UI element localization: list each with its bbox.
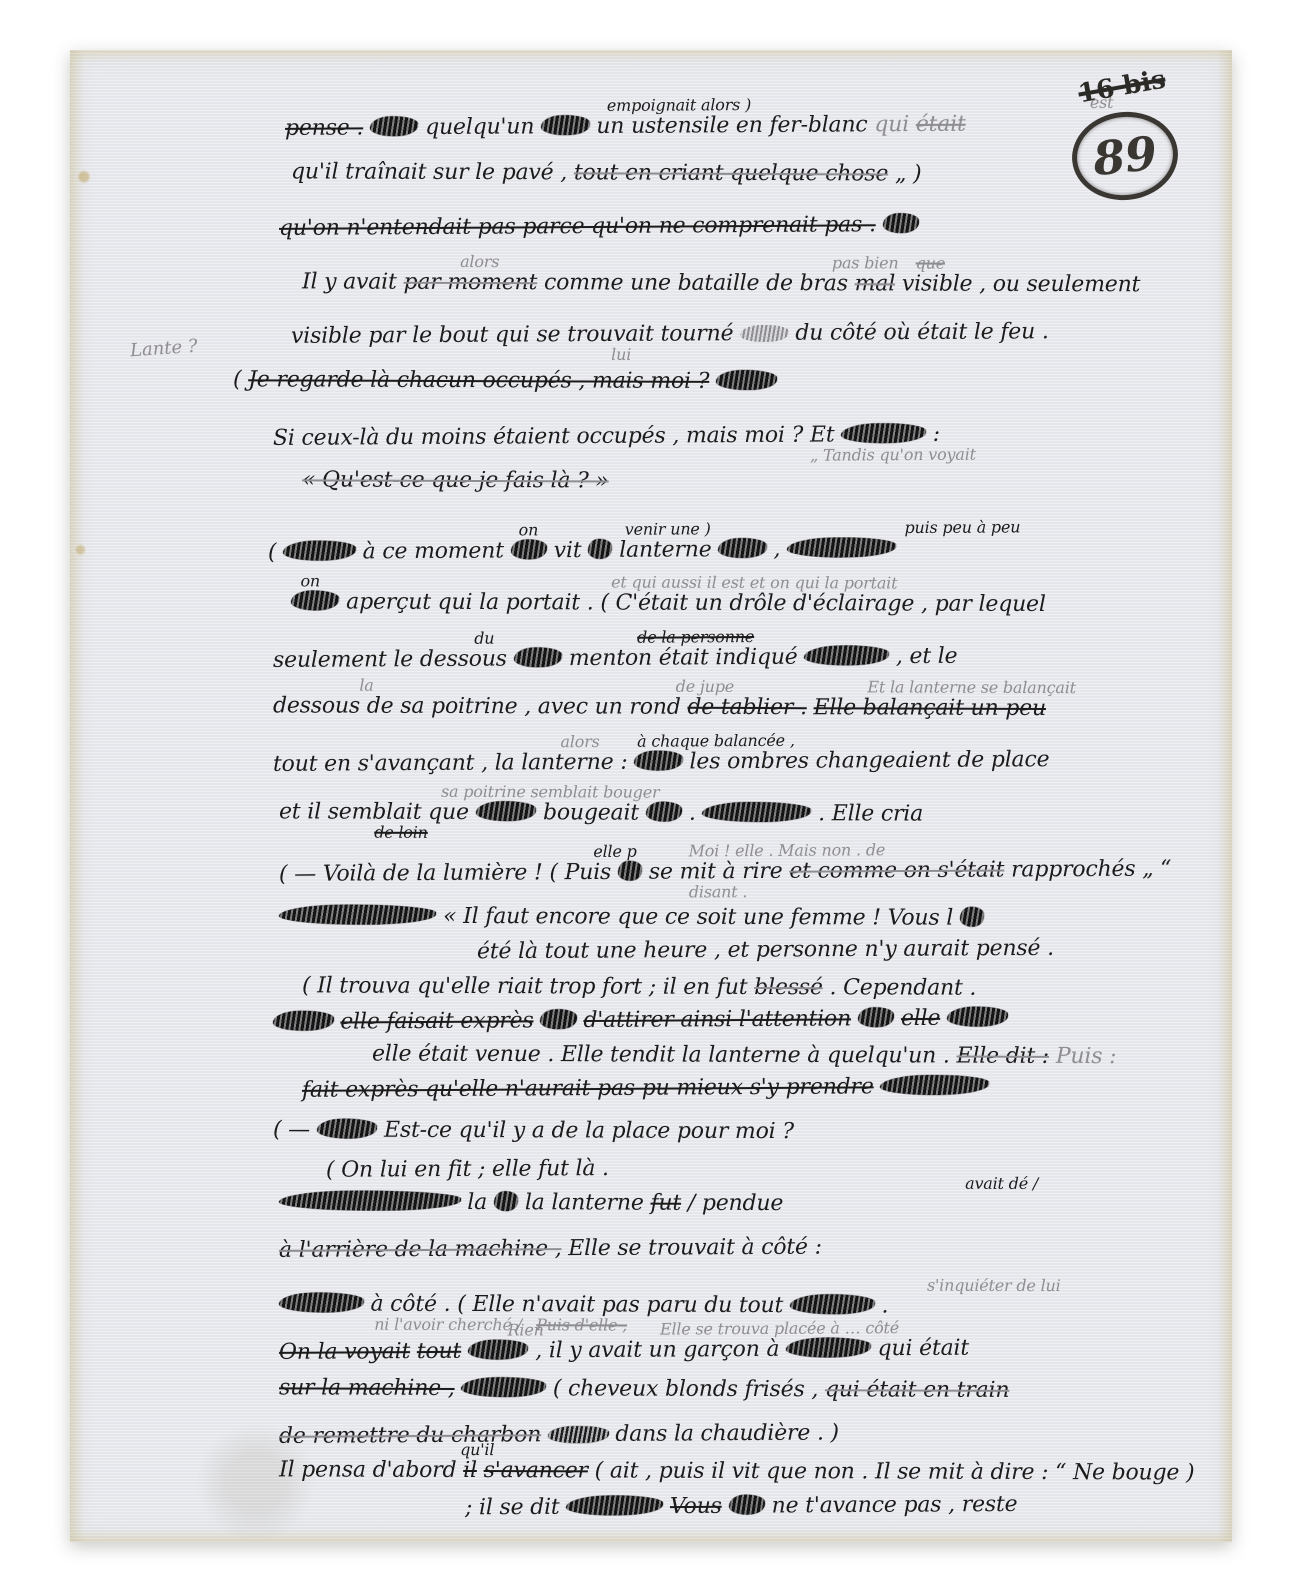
text-run: ; il se dit	[465, 1495, 560, 1521]
text-run: par moment	[404, 270, 538, 295]
interline-note-below: lui	[611, 346, 631, 362]
manuscript-page: Lante ? 16 bis 89 empoignait alors )estp…	[70, 50, 1232, 1542]
text-run: Il y avait	[302, 269, 397, 294]
scribbled-out-text	[787, 538, 896, 558]
text-run: à ce moment	[362, 539, 503, 565]
text-run: de remettre du charbon	[279, 1422, 541, 1449]
scribbled-out-text	[541, 115, 590, 135]
text-run: sur la machine ,	[279, 1375, 455, 1401]
scribbled-out-text	[279, 1293, 364, 1313]
text-run: . Elle cria	[818, 801, 923, 826]
interline-note-above: alors	[561, 734, 600, 750]
scribbled-out-text	[468, 1340, 529, 1360]
interline-note-above: et qui aussi il est et on qui la portait	[611, 575, 897, 592]
manuscript-line: „ Tandis qu'on voyaitSi ceux-là du moins…	[273, 419, 1232, 453]
text-run: „ )	[895, 161, 921, 186]
text-run: quelqu'un	[425, 114, 534, 140]
text-run: ( On lui en fit ; elle fut là .	[326, 1156, 609, 1183]
text-run: comme une bataille de bras	[544, 270, 848, 296]
scribbled-out-text	[541, 1009, 577, 1029]
scribbled-out-text	[514, 648, 563, 668]
interline-note-above: Elle se trouva placée à … côté	[660, 1320, 899, 1337]
interline-note-above: du	[474, 631, 494, 647]
manuscript-line: ( On lui en fit ; elle fut là .	[326, 1151, 1232, 1185]
manuscript-lines: empoignait alors )estpense . quelqu'un u…	[70, 50, 1232, 1520]
text-run: (	[233, 367, 241, 392]
text-run: ( C'était un drôle d'éclairage , par leq…	[600, 590, 1045, 617]
scribbled-out-text	[703, 802, 812, 822]
scribbled-out-text	[716, 370, 777, 390]
scribbled-out-text	[881, 1075, 990, 1095]
scribbled-out-text	[370, 116, 419, 136]
text-run: tout en criant quelque chose	[574, 160, 888, 186]
scribbled-out-text	[883, 213, 919, 233]
text-run: Puis :	[1056, 1044, 1117, 1069]
text-run: les ombres changeaient de place	[690, 747, 1050, 774]
text-run: dans la chaudière . )	[615, 1420, 839, 1446]
manuscript-line: alorsà chaque balancée ,tout en s'avança…	[273, 745, 1232, 779]
interline-note-above: qu'il	[460, 1442, 494, 1458]
text-run: Si ceux-là du moins étaient occupés , ma…	[273, 422, 835, 450]
scribbled-out-text	[718, 538, 767, 558]
interline-note-above: est	[1090, 95, 1114, 111]
text-run: ( — Voilà de la lumière !	[279, 860, 543, 887]
scribbled-out-text	[842, 423, 927, 443]
manuscript-line: ; il se dit Vous ne t'avance pas , reste	[465, 1490, 1232, 1523]
scribbled-out-text	[588, 539, 612, 559]
text-run: , et le	[896, 644, 958, 669]
interline-note-above: la	[360, 678, 374, 694]
text-run: était	[916, 112, 966, 137]
text-run: vit	[553, 538, 581, 563]
text-run: qui	[874, 112, 909, 137]
text-run: qu'on n'entendait pas parce qu'on ne com…	[279, 212, 876, 241]
text-run: d'attirer ainsi l'attention	[584, 1006, 852, 1033]
manuscript-line: s'inquiéter de luini l'avoir cherché /Pu…	[279, 1290, 1232, 1321]
text-run: tourné	[660, 321, 733, 346]
text-run: ( Il trouva qu'elle riait trop fort ; il…	[302, 973, 747, 1000]
manuscript-line: empoignait alors )estpense . quelqu'un u…	[285, 109, 1232, 143]
text-run: et comme on s'était	[789, 857, 1004, 883]
text-run: été là tout une heure , et personne n'y …	[477, 936, 1054, 965]
interline-note-above: que	[916, 256, 945, 272]
interline-note-above: sa poitrine semblait bouger	[441, 784, 659, 801]
interline-note-above: de jupe	[676, 679, 734, 695]
scribbled-out-text	[805, 646, 890, 666]
text-run: ne t'avance pas , reste	[772, 1492, 1018, 1519]
interline-note-above: alors	[460, 254, 499, 270]
scribbled-out-text	[566, 1496, 663, 1516]
interline-note-above: Et la lanterne se balançait	[868, 680, 1077, 697]
scribbled-out-text	[729, 1495, 765, 1515]
interline-note-below: ni l'avoir cherché /	[374, 1316, 522, 1333]
text-run: Je regarde là chacun occupés , mais moi …	[248, 367, 709, 394]
text-run: pense .	[285, 115, 363, 140]
text-run: qui était en train	[825, 1377, 1009, 1403]
text-run: fait exprès qu'elle n'aurait pas pu mieu…	[302, 1074, 874, 1102]
scribbled-out-text	[635, 751, 684, 771]
text-run: :	[933, 422, 940, 447]
text-run: aperçut qui la portait .	[346, 590, 593, 616]
interline-note-above: puis peu à peu	[904, 520, 1020, 537]
interline-note-below: disant .	[689, 884, 748, 900]
scribbled-out-text	[283, 541, 356, 561]
manuscript-line: qu'il traînait sur le pavé , tout en cri…	[291, 158, 1232, 189]
manuscript-line: « Qu'est-ce que je fais là ? »	[302, 466, 1232, 497]
interline-note-below: de loin	[374, 824, 428, 840]
interline-note-above: on	[300, 574, 320, 590]
scribbled-out-text	[947, 1007, 1008, 1027]
text-run: (	[267, 540, 276, 565]
text-run: dessous de sa poitrine , avec un rond	[273, 693, 681, 719]
manuscript-line: lade jupeEt la lanterne se balançaitdess…	[273, 692, 1232, 723]
text-run: tout	[417, 1339, 461, 1364]
manuscript-line: alorspas bienqueIl y avait par moment co…	[302, 268, 1232, 299]
manuscript-line: onet qui aussi il est et on qui la porta…	[291, 588, 1232, 619]
text-run: tout en s'avançant , la lanterne :	[273, 750, 628, 777]
text-run: fut	[651, 1191, 682, 1216]
manuscript-line: ( Je regarde là chacun occupés , mais mo…	[233, 366, 1232, 397]
text-run: qu'il traînait sur le pavé ,	[291, 159, 567, 185]
text-run: rapprochés „ “	[1011, 856, 1171, 882]
scribbled-out-text	[548, 1425, 609, 1443]
text-run: Elle balançait un peu	[814, 695, 1046, 721]
text-run: de tablier .	[688, 695, 807, 720]
manuscript-line: qu'on n'entendait pas parce qu'on ne com…	[279, 209, 1232, 243]
manuscript-line: été là tout une heure , et personne n'y …	[477, 934, 1232, 967]
scribbled-out-text	[476, 801, 537, 821]
text-run: / pendue	[688, 1191, 783, 1216]
interline-note-above: venir une )	[624, 522, 710, 539]
scribbled-out-text	[279, 905, 436, 925]
manuscript-line: ( Il trouva qu'elle riait trop fort ; il…	[302, 972, 1232, 1003]
scribbled-out-text	[279, 1191, 461, 1211]
manuscript-line: sa poitrine semblait bougerde loinet il …	[279, 798, 1232, 829]
text-run: Elle dit :	[957, 1044, 1050, 1069]
text-run: se mit à rire	[649, 859, 783, 885]
manuscript-line: qu'ilIl pensa d'abord il s'avancer ( ait…	[279, 1456, 1232, 1487]
text-run: ( —	[273, 1117, 310, 1142]
manuscript-line: elle pMoi ! elle . Mais non . dedisant .…	[279, 855, 1232, 889]
interline-note-above: empoignait alors )	[607, 97, 751, 114]
text-run: mal	[855, 271, 896, 296]
interline-note-above: de la personne	[637, 629, 754, 646]
scribbled-out-text	[494, 1191, 518, 1211]
interline-note-below: Puis d'elle ,	[536, 1317, 627, 1333]
scribbled-out-text	[273, 1011, 334, 1031]
text-run: elle faisait exprès	[341, 1008, 534, 1034]
text-run: Elle se trouvait à côté :	[568, 1235, 822, 1262]
text-run: . Cependant .	[830, 975, 977, 1001]
text-run: et il semblait que	[279, 799, 469, 825]
scribbled-out-text	[618, 861, 642, 881]
interline-note-above: Rien	[508, 1323, 544, 1339]
interline-note-above: pas bien	[832, 256, 899, 272]
photo-background: { "document": { "kind": "handwritten man…	[0, 0, 1290, 1590]
scribbled-out-text	[858, 1008, 894, 1028]
scribbled-out-text	[740, 324, 788, 342]
text-run: visible , ou seulement	[902, 271, 1140, 297]
text-run: un ustensile en fer-blanc	[596, 112, 867, 139]
text-run: elle	[901, 1006, 940, 1031]
manuscript-line: ( — Est-ce qu'il y a de la place pour mo…	[273, 1116, 1232, 1147]
text-run: « Il faut encore que ce soit une femme !…	[443, 904, 953, 931]
text-run: il	[463, 1458, 477, 1483]
text-run: s'avancer	[484, 1458, 588, 1483]
interline-note-above: on	[518, 523, 538, 539]
text-run: Il pensa d'abord	[279, 1457, 456, 1483]
manuscript-line: elle faisait exprès d'attirer ainsi l'at…	[273, 1003, 1232, 1037]
text-run: ( Puis	[549, 860, 611, 885]
interline-note-above: Moi ! elle . Mais non . de	[689, 842, 886, 859]
text-run: ,	[773, 537, 780, 562]
text-run: bougeait	[543, 800, 639, 825]
manuscript-line: RienElle se trouva placée à … côtéOn la …	[279, 1333, 1232, 1367]
interline-note-above: à chaque balancée ,	[637, 733, 795, 750]
scribbled-out-text	[786, 1338, 871, 1358]
scribbled-out-text	[462, 1377, 547, 1397]
manuscript-line: sur la machine , ( cheveux blonds frisés…	[279, 1374, 1232, 1405]
text-run: « Qu'est-ce que je fais là ? »	[302, 467, 609, 493]
interline-note-above: avait dé /	[965, 1176, 1038, 1192]
text-run: Est-ce qu'il y a de la place pour moi ?	[384, 1118, 794, 1144]
text-run: Vous	[670, 1494, 722, 1519]
text-run: dire : “ Ne bouge )	[991, 1460, 1195, 1486]
manuscript-line: fait exprès qu'elle n'aurait pas pu mieu…	[302, 1071, 1232, 1105]
scribbled-out-text	[960, 907, 984, 927]
text-run: blessé	[755, 975, 824, 1000]
interline-note-above: s'inquiéter de lui	[927, 1278, 1061, 1294]
text-run: la	[467, 1190, 487, 1215]
manuscript-line: onvenir une )puis peu à peu( à ce moment…	[267, 533, 1232, 567]
text-run: .	[882, 1293, 889, 1318]
text-run: était indiqué	[659, 645, 798, 671]
scribbled-out-text	[646, 802, 682, 822]
manuscript-line: avait dé / la la lanterne fut / pendue	[279, 1188, 1232, 1219]
text-run: seulement le dessous	[273, 646, 507, 672]
interline-note-above: elle p	[593, 844, 636, 860]
manuscript-line: de remettre du charbon dans la chaudière…	[279, 1417, 1232, 1451]
text-run: à côté .	[371, 1292, 451, 1317]
text-run: , il y avait un garçon à	[535, 1337, 779, 1363]
scribbled-out-text	[790, 1295, 875, 1315]
scribbled-out-text	[317, 1119, 378, 1139]
text-run: ( cheveux blonds frisés ,	[553, 1376, 818, 1402]
text-run: menton	[569, 646, 652, 672]
manuscript-line: dude la personneseulement le dessous men…	[273, 641, 1232, 675]
manuscript-line: elle était venue . Elle tendit la lanter…	[372, 1040, 1232, 1071]
interline-note-below: „ Tandis qu'on voyait	[810, 446, 976, 463]
text-run: visible par le bout qui se trouvait	[291, 322, 654, 349]
text-run: à l'arrière de la machine ,	[279, 1236, 562, 1263]
text-run: qui était	[878, 1336, 969, 1362]
text-run: du côté où était le feu .	[795, 319, 1048, 346]
manuscript-line: à l'arrière de la machine , Elle se trou…	[279, 1231, 1232, 1265]
text-run: ( ait , puis il vit que non . Il se mit …	[595, 1458, 984, 1484]
scribbled-out-text	[291, 591, 339, 611]
text-run: On la voyait	[279, 1339, 410, 1365]
text-run: la lanterne	[525, 1190, 644, 1215]
scribbled-out-text	[510, 540, 546, 560]
text-run: elle était venue . Elle tendit la lanter…	[372, 1041, 950, 1068]
manuscript-line: luivisible par le bout qui se trouvait t…	[291, 317, 1232, 351]
text-run: lanterne	[619, 537, 711, 563]
manuscript-line: « Il faut encore que ce soit une femme !…	[279, 902, 1232, 933]
text-run: .	[689, 801, 696, 826]
